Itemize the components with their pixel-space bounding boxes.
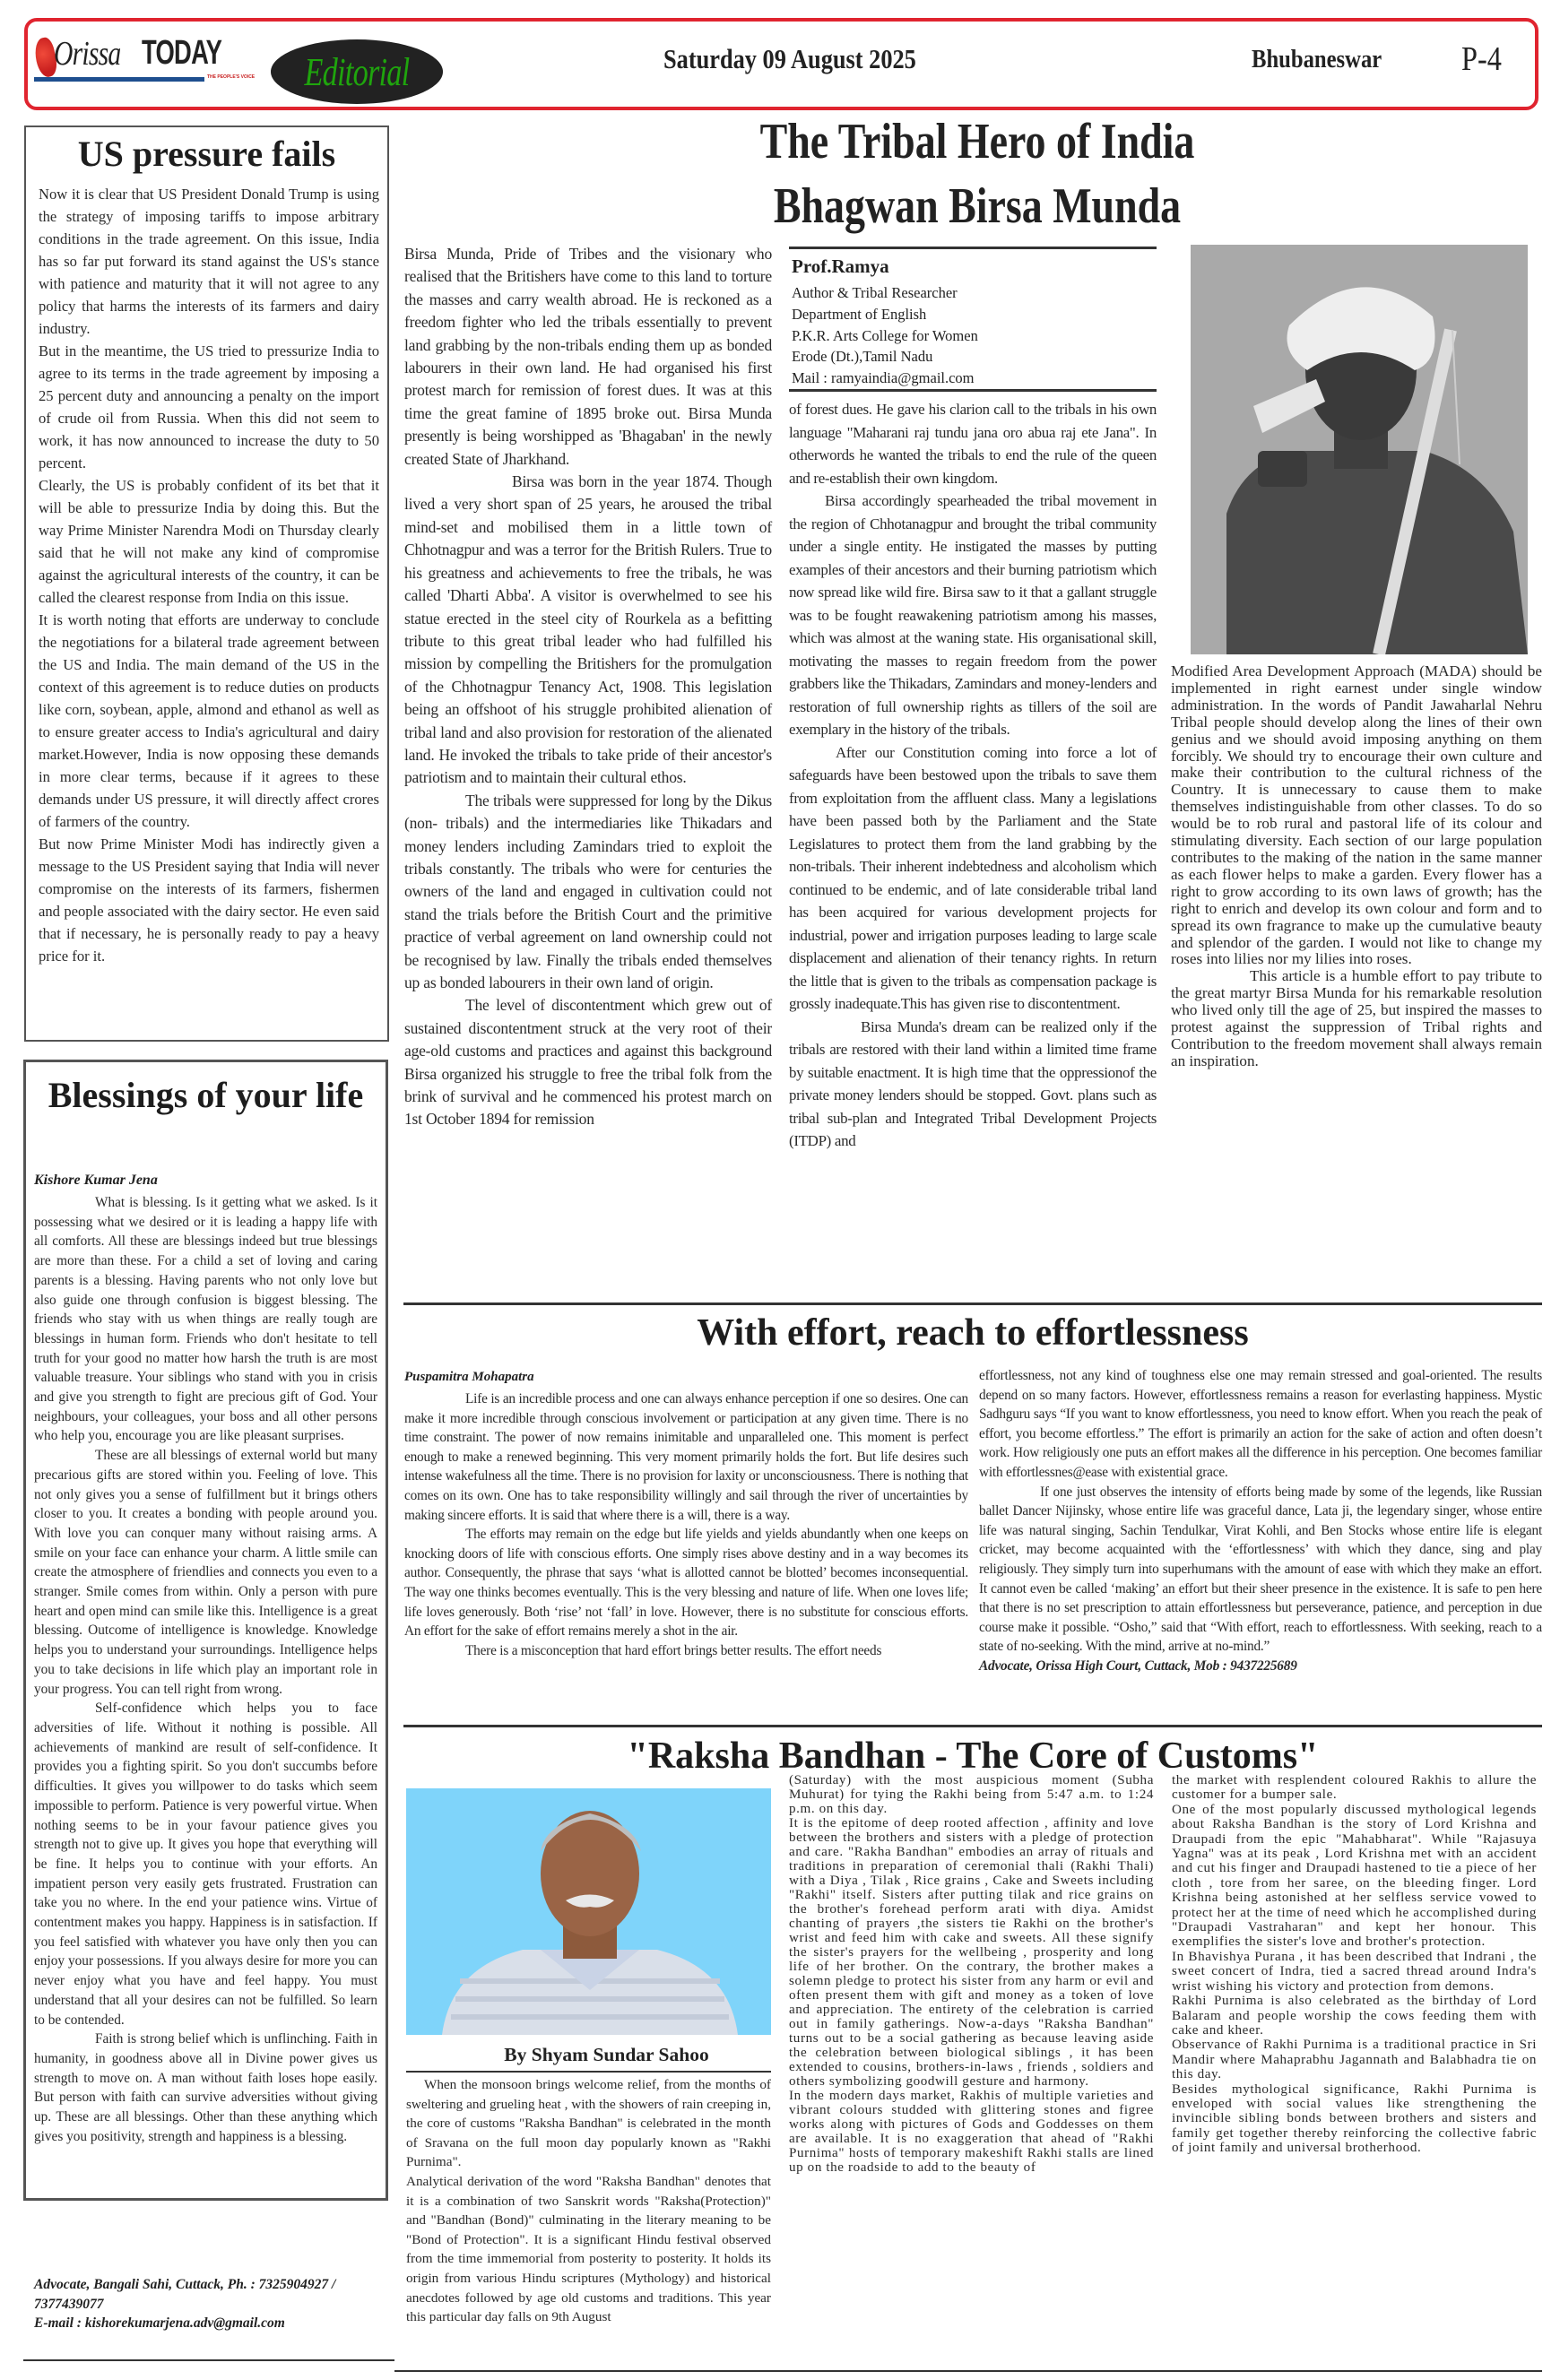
paragraph: In the modern days market, Rakhis of mul… — [789, 2089, 1154, 2175]
blessings-author: Kishore Kumar Jena — [34, 1173, 158, 1189]
tribal-hero-author-details: Author & Tribal Researcher Department of… — [792, 282, 978, 389]
logo-today-text: TODAY — [142, 34, 221, 73]
logo-orissa-text: Orissa — [54, 34, 120, 74]
blessings-author-contact: Advocate, Bangali Sahi, Cuttack, Ph. : 7… — [34, 2275, 379, 2333]
paragraph: Birsa Munda's dream can be realized only… — [789, 1016, 1157, 1153]
paragraph: These are all blessings of external worl… — [34, 1446, 377, 1699]
author-email[interactable]: Mail : ramyaindia@gmail.com — [792, 368, 978, 389]
raksha-column-3: the market with resplendent coloured Rak… — [1172, 1773, 1537, 2156]
paragraph: (Saturday) with the most auspicious mome… — [789, 1773, 1154, 1816]
paragraph: Birsa was born in the year 1874. Though … — [404, 471, 772, 790]
paragraph: The efforts may remain on the edge but l… — [404, 1525, 968, 1641]
portrait-illustration-icon — [1191, 245, 1528, 654]
orissa-today-logo[interactable]: Orissa TODAY THE PEOPLE'S VOICE — [32, 34, 256, 84]
effort-author-contact: Advocate, Orissa High Court, Cuttack, Mo… — [979, 1657, 1542, 1676]
paragraph: When the monsoon brings welcome relief, … — [406, 2075, 771, 2172]
paragraph: There is a misconception that hard effor… — [404, 1641, 968, 1661]
us-pressure-body: Now it is clear that US President Donald… — [39, 183, 379, 967]
paragraph: Besides mythological significance, Rakhi… — [1172, 2082, 1537, 2156]
paragraph: What is blessing. Is it getting what we … — [34, 1193, 377, 1446]
us-pressure-headline: US pressure fails — [24, 134, 389, 174]
bottom-rule-left — [23, 2359, 394, 2361]
paragraph: Now it is clear that US President Donald… — [39, 183, 379, 340]
paragraph: It is worth noting that efforts are unde… — [39, 609, 379, 833]
paragraph: Birsa Munda, Pride of Tribes and the vis… — [404, 243, 772, 471]
bottom-rule-main — [394, 2370, 1542, 2372]
paragraph: It is the epitome of deep rooted affecti… — [789, 1816, 1154, 2089]
paragraph: the market with resplendent coloured Rak… — [1172, 1773, 1537, 1803]
paragraph: of forest dues. He gave his clarion call… — [789, 398, 1157, 489]
paragraph: Rakhi Purnima is also celebrated as the … — [1172, 1994, 1537, 2038]
headline-line-1: The Tribal Hero of India — [646, 109, 1308, 174]
tribal-hero-column-3: Modified Area Development Approach (MADA… — [1171, 663, 1542, 1070]
paragraph: Modified Area Development Approach (MADA… — [1171, 663, 1542, 968]
logo-underline-bar — [34, 77, 204, 82]
author-address: Advocate, Bangali Sahi, Cuttack, Ph. : 7… — [34, 2275, 379, 2314]
section-divider — [403, 1303, 1542, 1305]
raksha-column-1: When the monsoon brings welcome relief, … — [406, 2075, 771, 2327]
raksha-column-2: (Saturday) with the most auspicious mome… — [789, 1773, 1154, 2175]
edition-city: Bhubaneswar — [1252, 45, 1382, 74]
paragraph: Clearly, the US is probably confident of… — [39, 474, 379, 609]
author-title: Author & Tribal Researcher — [792, 282, 978, 304]
blessings-headline: Blessings of your life — [23, 1071, 388, 1120]
author-box-bottom-rule — [789, 389, 1157, 392]
paragraph: Analytical derivation of the word "Raksh… — [406, 2172, 771, 2327]
raksha-headline: "Raksha Bandhan - The Core of Customs" — [394, 1735, 1551, 1777]
paragraph: Faith is strong belief which is unflinch… — [34, 2029, 377, 2146]
paragraph: But now Prime Minister Modi has indirect… — [39, 833, 379, 967]
headline-line-2: Bhagwan Birsa Munda — [646, 174, 1308, 238]
page-number: P-4 — [1461, 39, 1502, 79]
author-portrait-image — [406, 1788, 771, 2035]
tribal-hero-headline: The Tribal Hero of India Bhagwan Birsa M… — [646, 109, 1308, 238]
paragraph: Observance of Rakhi Purnima is a traditi… — [1172, 2038, 1537, 2081]
effort-column-1: Life is an incredible process and one ca… — [404, 1389, 968, 1660]
effort-headline: With effort, reach to effortlessness — [394, 1312, 1551, 1354]
author-box-top-rule — [789, 247, 1157, 249]
author-college: P.K.R. Arts College for Women — [792, 325, 978, 347]
paragraph: This article is a humble effort to pay t… — [1171, 968, 1542, 1069]
author-department: Department of English — [792, 304, 978, 325]
section-badge-label: Editorial — [305, 49, 410, 95]
paragraph: In Bhavishya Purana , it has been descri… — [1172, 1950, 1537, 1994]
tribal-hero-author-name: Prof.Ramya — [792, 255, 889, 278]
raksha-byline: By Shyam Sundar Sahoo — [406, 2044, 771, 2066]
tribal-hero-column-2: of forest dues. He gave his clarion call… — [789, 398, 1157, 1153]
paragraph: After our Constitution coming into force… — [789, 741, 1157, 1016]
paragraph: If one just observes the intensity of ef… — [979, 1483, 1542, 1657]
blessings-body: What is blessing. Is it getting what we … — [34, 1193, 377, 2146]
paragraph: One of the most popularly discussed myth… — [1172, 1803, 1537, 1950]
paragraph: Life is an incredible process and one ca… — [404, 1389, 968, 1525]
paragraph: The level of discontentment which grew o… — [404, 994, 772, 1130]
tribal-hero-column-1: Birsa Munda, Pride of Tribes and the vis… — [404, 243, 772, 1131]
section-divider — [403, 1725, 1542, 1727]
portrait-photo-icon — [406, 1788, 771, 2035]
paragraph: Birsa accordingly spearheaded the tribal… — [789, 489, 1157, 741]
effort-column-2: effortlessness, not any kind of toughnes… — [979, 1366, 1542, 1676]
issue-date: Saturday 09 August 2025 — [663, 43, 916, 75]
byline-rule — [406, 2071, 771, 2073]
paragraph: Self-confidence which helps you to face … — [34, 1699, 377, 2029]
paragraph: effortlessness, not any kind of toughnes… — [979, 1366, 1542, 1483]
author-email[interactable]: E-mail : kishorekumarjena.adv@gmail.com — [34, 2314, 379, 2333]
author-location: Erode (Dt.),Tamil Nadu — [792, 346, 978, 368]
birsa-munda-portrait-image — [1191, 245, 1528, 654]
paragraph: But in the meantime, the US tried to pre… — [39, 340, 379, 474]
section-badge: Editorial — [271, 39, 443, 104]
paragraph: The tribals were suppressed for long by … — [404, 790, 772, 995]
effort-author: Puspamitra Mohapatra — [404, 1370, 534, 1385]
logo-tagline: THE PEOPLE'S VOICE — [207, 74, 255, 80]
